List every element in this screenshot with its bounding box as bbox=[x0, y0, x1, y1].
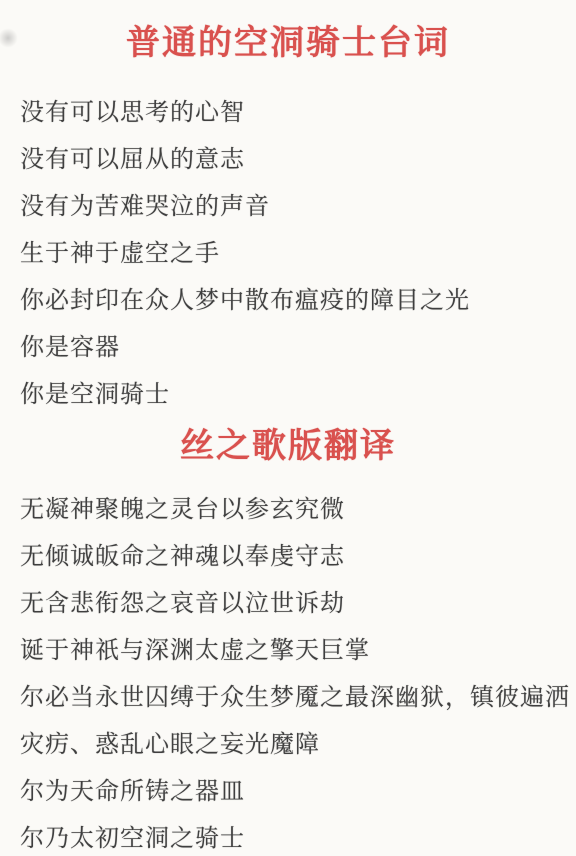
dialogue-line: 你必封印在众人梦中散布瘟疫的障目之光 bbox=[20, 288, 576, 313]
dialogue-line: 生于神于虚空之手 bbox=[20, 241, 576, 266]
dialogue-line: 尔乃太初空洞之骑士 bbox=[20, 826, 576, 851]
section-hollow-knight-lines: 普通的空洞骑士台词 没有可以思考的心智 没有可以屈从的意志 没有为苦难哭泣的声音… bbox=[0, 0, 576, 407]
section-title-silksong: 丝之歌版翻译 bbox=[0, 429, 576, 463]
dialogue-line: 灾疠、惑乱心眼之妄光魔障 bbox=[20, 732, 576, 757]
dialogue-line: 你是容器 bbox=[20, 335, 576, 360]
dialogue-line: 没有可以思考的心智 bbox=[20, 100, 576, 125]
dialogue-line: 尔为天命所铸之器皿 bbox=[20, 779, 576, 804]
section-silksong-translation: 丝之歌版翻译 无凝神聚魄之灵台以参玄究微 无倾诚皈命之神魂以奉虔守志 无含悲衔怨… bbox=[0, 429, 576, 851]
dialogue-line: 无倾诚皈命之神魂以奉虔守志 bbox=[20, 544, 576, 569]
dialogue-line: 无凝神聚魄之灵台以参玄究微 bbox=[20, 497, 576, 522]
dialogue-line: 诞于神祇与深渊太虚之擎天巨掌 bbox=[20, 638, 576, 663]
dialogue-line: 没有为苦难哭泣的声音 bbox=[20, 194, 576, 219]
dialogue-line: 无含悲衔怨之哀音以泣世诉劫 bbox=[20, 591, 576, 616]
dialogue-line: 没有可以屈从的意志 bbox=[20, 147, 576, 172]
section-title-hollow-knight: 普通的空洞骑士台词 bbox=[0, 0, 576, 60]
dialogue-line: 尔必当永世囚缚于众生梦魇之最深幽狱，镇彼遍洒 bbox=[20, 685, 576, 710]
text-image-page: 普通的空洞骑士台词 没有可以思考的心智 没有可以屈从的意志 没有为苦难哭泣的声音… bbox=[0, 0, 576, 856]
dialogue-line: 你是空洞骑士 bbox=[20, 382, 576, 407]
